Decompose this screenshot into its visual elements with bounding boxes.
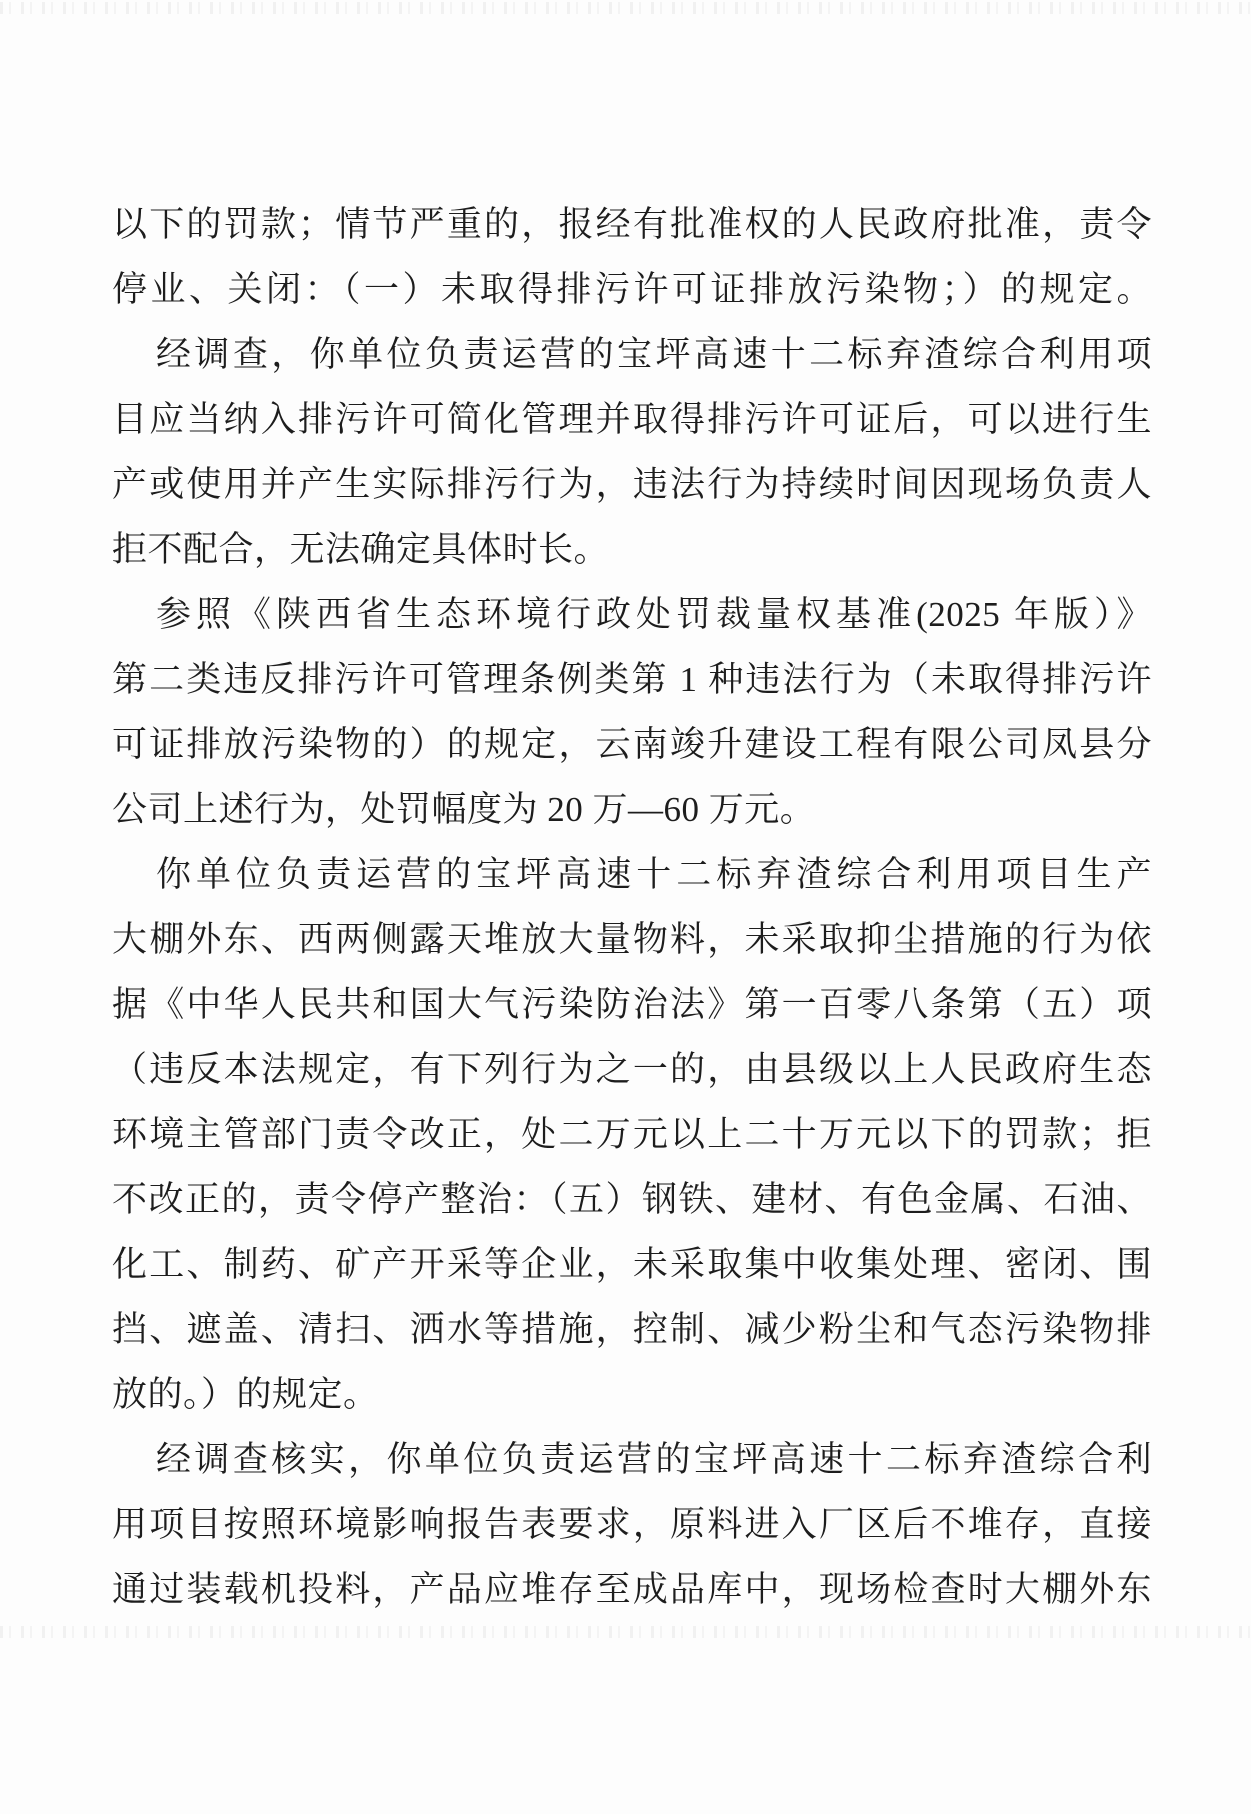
text-line: 通过装载机投料，产品应堆存至成品库中，现场检查时大棚外东 [112,1557,1152,1622]
document-text-block: 以下的罚款；情节严重的，报经有批准权的人民政府批准，责令停业、关闭：（一）未取得… [112,192,1152,1622]
text-line: 公司上述行为，处罚幅度为 20 万—60 万元。 [112,777,1152,842]
text-line: （违反本法规定，有下列行为之一的，由县级以上人民政府生态 [112,1037,1152,1102]
text-line: 目应当纳入排污许可简化管理并取得排污许可证后，可以进行生 [112,387,1152,452]
text-line: 参照《陕西省生态环境行政处罚裁量权基准(2025 年版）》 [112,582,1152,647]
text-line: 大棚外东、西两侧露天堆放大量物料，未采取抑尘措施的行为依 [112,907,1152,972]
text-line: 挡、遮盖、清扫、洒水等措施，控制、减少粉尘和气态污染物排 [112,1297,1152,1362]
text-line: 不改正的，责令停产整治：（五）钢铁、建材、有色金属、石油、 [112,1167,1152,1232]
text-line: 经调查，你单位负责运营的宝坪高速十二标弃渣综合利用项 [112,322,1152,387]
text-line: 用项目按照环境影响报告表要求，原料进入厂区后不堆存，直接 [112,1492,1152,1557]
text-line: 可证排放污染物的）的规定，云南竣升建设工程有限公司凤县分 [112,712,1152,777]
text-line: 拒不配合，无法确定具体时长。 [112,517,1152,582]
text-line: 环境主管部门责令改正，处二万元以上二十万元以下的罚款；拒 [112,1102,1152,1167]
text-line: 第二类违反排污许可管理条例类第 1 种违法行为（未取得排污许 [112,647,1152,712]
text-line: 停业、关闭：（一）未取得排污许可证排放污染物；）的规定。 [112,257,1152,322]
text-line: 以下的罚款；情节严重的，报经有批准权的人民政府批准，责令 [112,192,1152,257]
document-page: 以下的罚款；情节严重的，报经有批准权的人民政府批准，责令停业、关闭：（一）未取得… [0,0,1251,1814]
text-line: 经调查核实，你单位负责运营的宝坪高速十二标弃渣综合利 [112,1427,1152,1492]
text-line: 化工、制药、矿产开采等企业，未采取集中收集处理、密闭、围 [112,1232,1152,1297]
text-line: 产或使用并产生实际排污行为，违法行为持续时间因现场负责人 [112,452,1152,517]
text-line: 据《中华人民共和国大气污染防治法》第一百零八条第（五）项 [112,972,1152,1037]
scan-artifact-top [0,2,1251,14]
scan-artifact-bottom [0,1626,1251,1638]
text-line: 放的。）的规定。 [112,1362,1152,1427]
text-line: 你单位负责运营的宝坪高速十二标弃渣综合利用项目生产 [112,842,1152,907]
